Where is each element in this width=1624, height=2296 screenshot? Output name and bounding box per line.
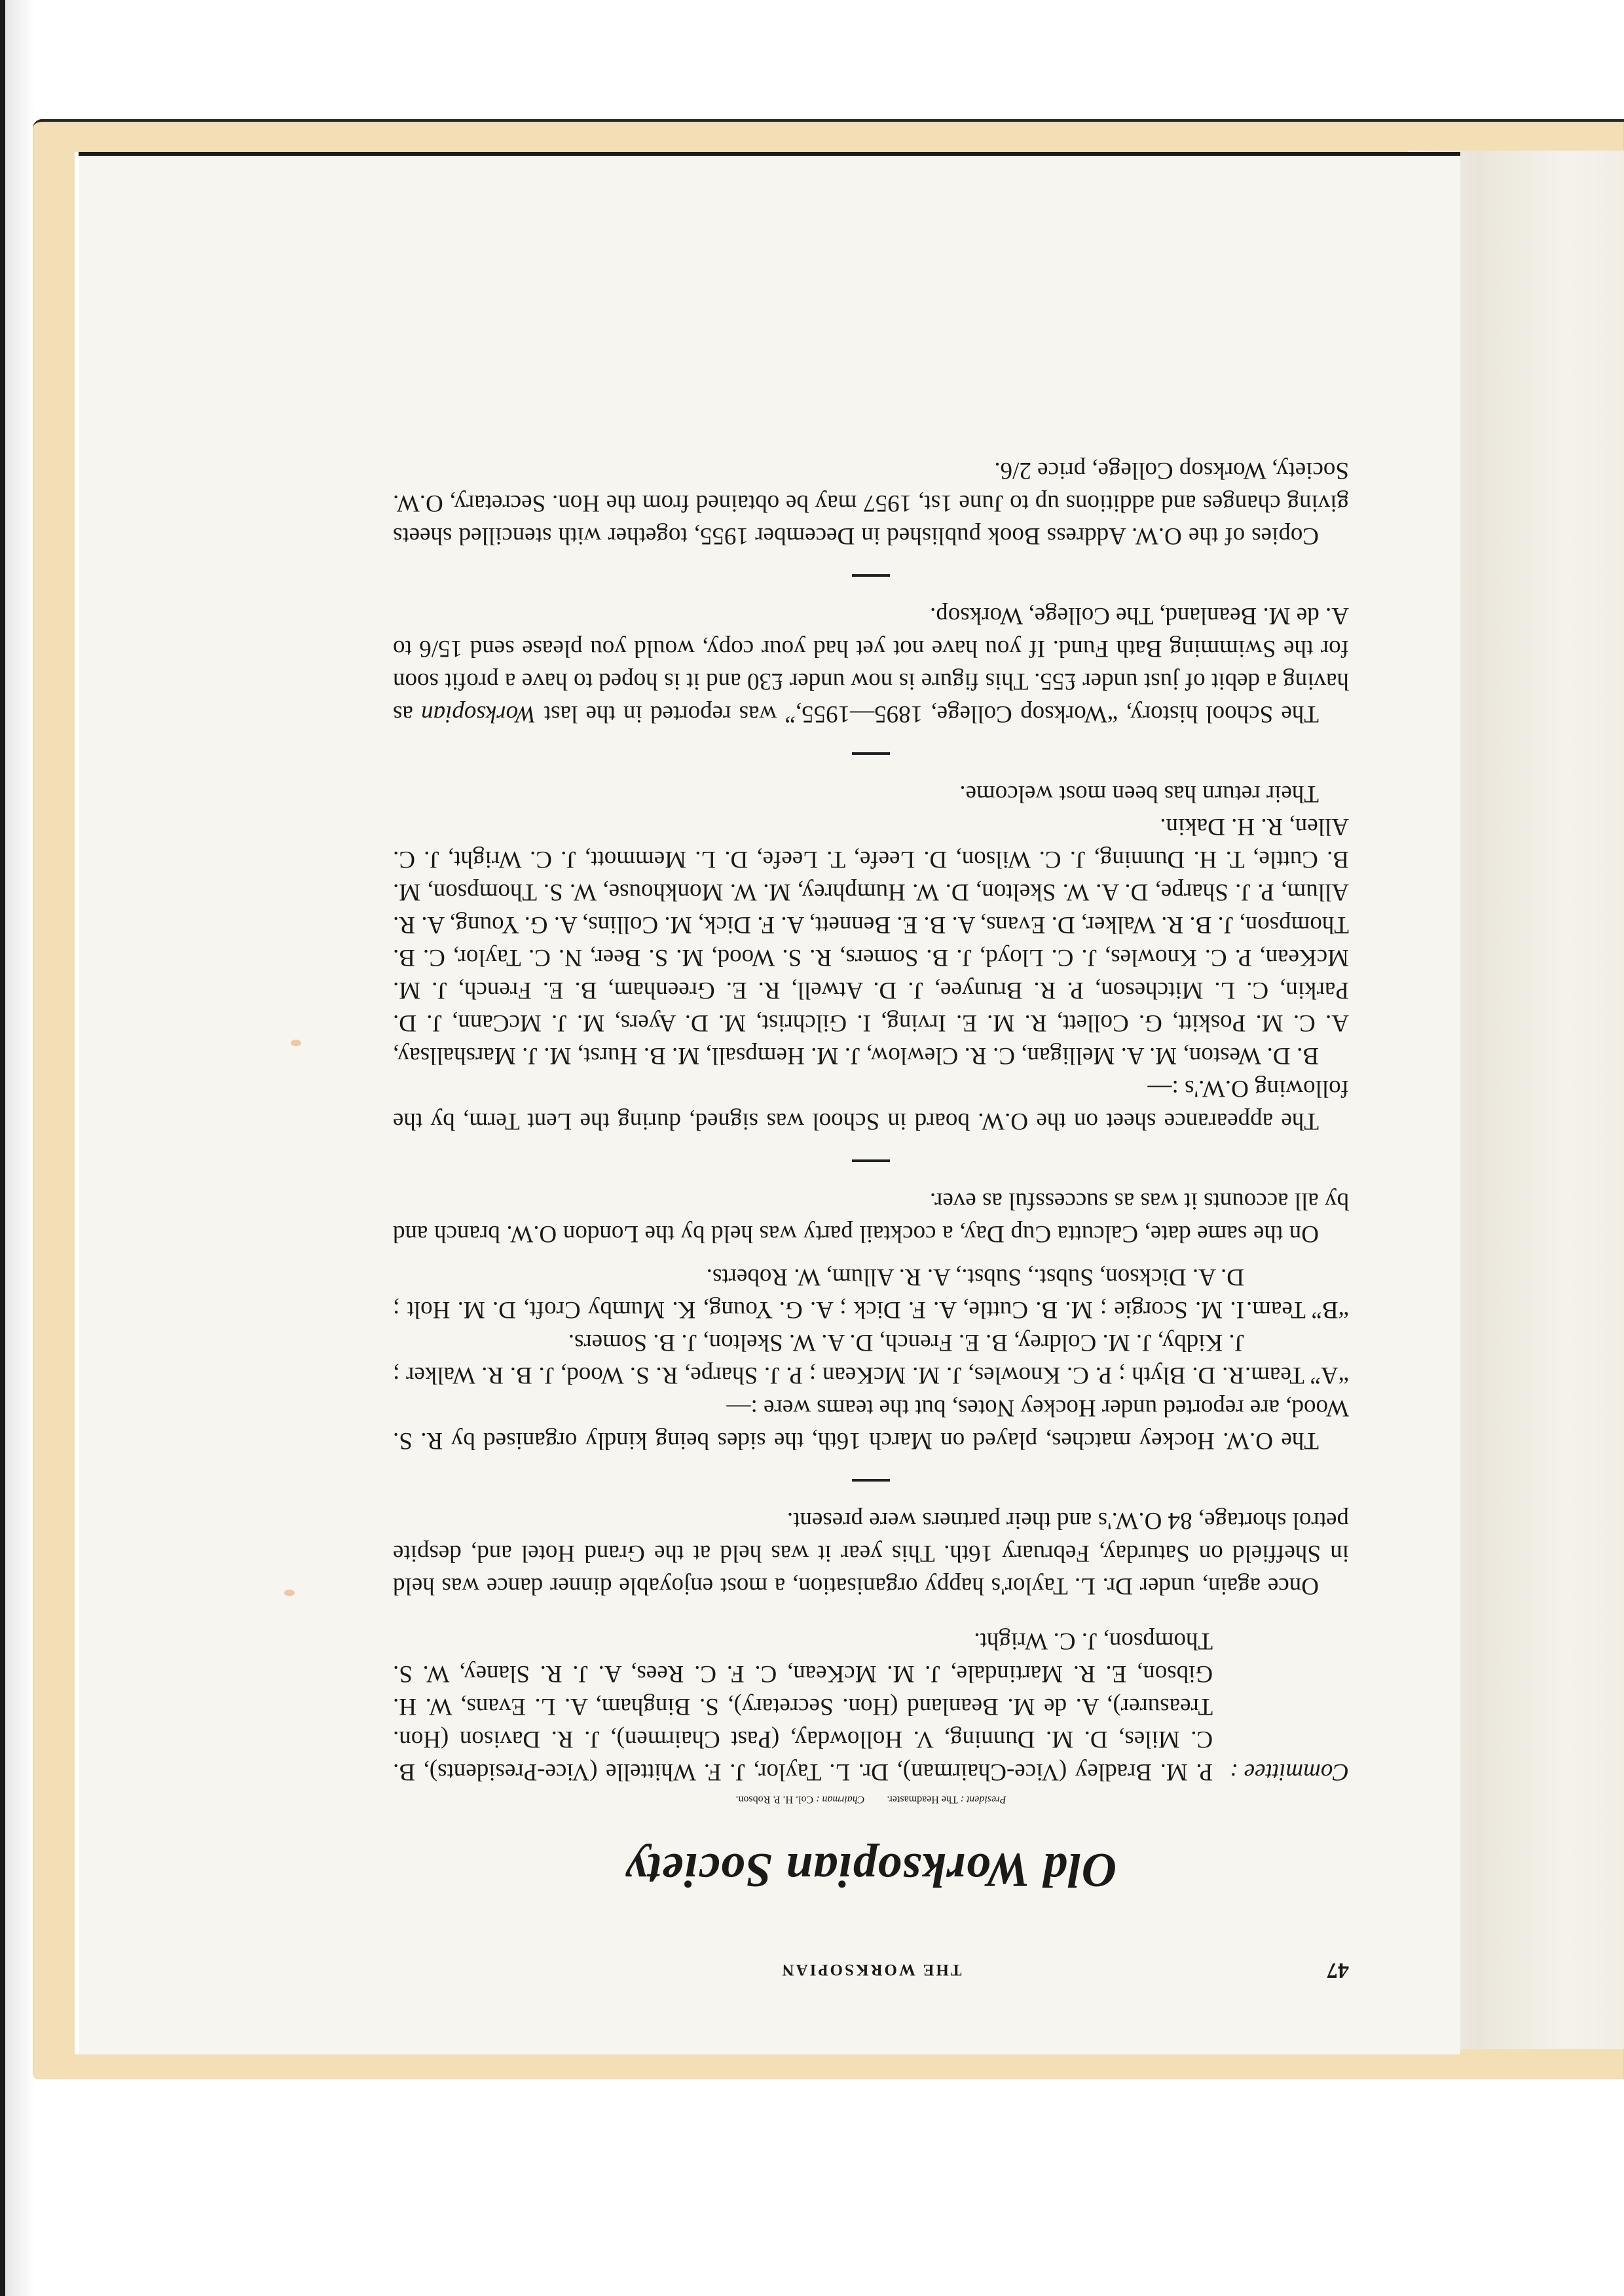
- president-line: President : The Headmaster. Chairman : C…: [393, 1793, 1349, 1805]
- page-body: 47 THE WORKSOPIAN Old Worksopian Society…: [393, 454, 1349, 1982]
- school-history-paragraph: The School history, “Worksop College, 18…: [393, 599, 1349, 730]
- hockey-paragraph: The O.W. Hockey matches, played on March…: [393, 1391, 1349, 1457]
- appearance-closing: Their return has been most welcome.: [393, 777, 1349, 810]
- section-divider: [852, 574, 890, 577]
- scanner-edge: [0, 0, 5, 2296]
- scanner-shadow: [5, 0, 35, 2296]
- page-title: Old Worksopian Society: [393, 1842, 1349, 1897]
- paper-stain: [291, 1040, 301, 1046]
- cocktail-paragraph: On the same date, Calcutta Cup Day, a co…: [393, 1184, 1349, 1250]
- officers-section: President : The Headmaster. Chairman : C…: [393, 1624, 1349, 1805]
- appearance-paragraph: The appearance sheet on the O.W. board i…: [393, 1072, 1349, 1137]
- president-label: President :: [961, 1794, 1006, 1805]
- section-divider: [852, 1479, 890, 1482]
- committee-label: Committee :: [1230, 1624, 1349, 1788]
- team-b-label: “B” Team.: [1244, 1260, 1349, 1326]
- magazine-page: 47 THE WORKSOPIAN Old Worksopian Society…: [79, 152, 1460, 2054]
- section-divider: [852, 752, 890, 755]
- team-b: “B” Team. I. M. Scorgie ; M. B. Cuttle, …: [393, 1260, 1349, 1326]
- running-head: 47 THE WORKSOPIAN: [393, 1943, 1349, 1982]
- chairman-label: Chairman :: [816, 1794, 864, 1805]
- team-b-names: I. M. Scorgie ; M. B. Cuttle, A. F. Dick…: [393, 1260, 1244, 1326]
- paper-stain: [284, 1590, 295, 1596]
- facing-page: [1480, 151, 1624, 2049]
- address-book-paragraph: Copies of the O.W. Address Book publishe…: [393, 454, 1349, 552]
- team-a: “A” Team. R. D. Blyth ; P. C. Knowles, J…: [393, 1326, 1349, 1391]
- committee-names: P. M. Bradley (Vice-Chairman), Dr. L. Ta…: [393, 1624, 1213, 1788]
- rotated-content: 47 THE WORKSOPIAN Old Worksopian Society…: [79, 156, 1460, 2054]
- section-divider: [852, 1159, 890, 1162]
- president-name: The Headmaster.: [887, 1794, 957, 1805]
- appearance-names: B. D. Weston, M. A. Melligan, C. R. Clew…: [393, 810, 1349, 1072]
- history-text-start: The School history, “Worksop College, 18…: [536, 701, 1319, 727]
- dinner-paragraph: Once again, under Dr. L. Taylor's happy …: [393, 1504, 1349, 1602]
- team-a-names: R. D. Blyth ; P. C. Knowles, J. M. McKea…: [393, 1326, 1244, 1391]
- chairman-name: Col. H. P. Robson.: [735, 1794, 813, 1805]
- committee-list: Committee : P. M. Bradley (Vice-Chairman…: [393, 1624, 1349, 1788]
- magazine-name-italic: Worksopian: [421, 701, 536, 727]
- team-a-label: “A” Team.: [1244, 1326, 1349, 1391]
- magazine-title: THE WORKSOPIAN: [393, 1960, 1349, 1978]
